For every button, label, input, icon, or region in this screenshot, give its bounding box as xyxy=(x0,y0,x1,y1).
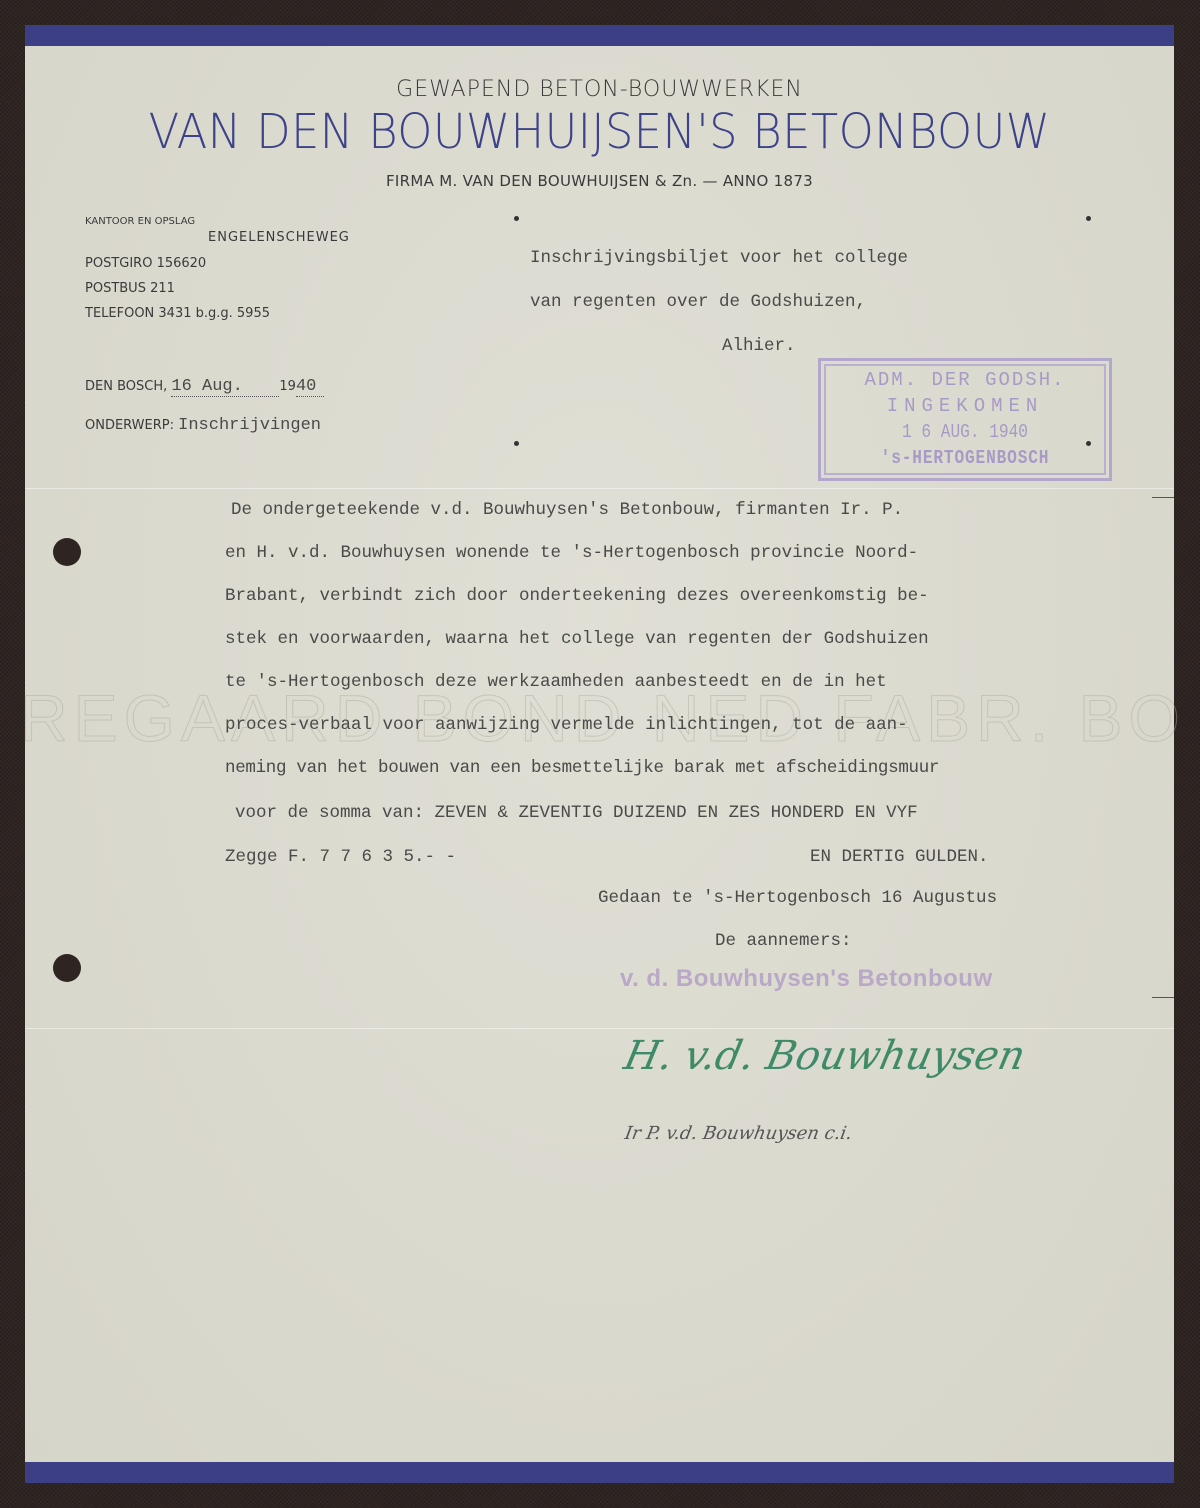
body-line: te 's-Hertogenbosch deze werkzaamheden a… xyxy=(225,672,887,692)
fold-tick xyxy=(1152,497,1174,498)
letter-page: REGAARD BOND NED FABR. BO GEWAPEND BETON… xyxy=(25,25,1174,1483)
address-marker xyxy=(514,216,519,221)
date-typed: 16 Aug. xyxy=(171,377,242,396)
signature-1: H. v.d. Bouwhuysen xyxy=(620,1033,1029,1079)
fold-line xyxy=(25,488,1174,489)
subject: Inschrijvingen xyxy=(178,416,321,435)
stamp-line: ADM. DER GODSH. xyxy=(821,367,1109,393)
bottom-blue-band xyxy=(25,1462,1174,1483)
company-stamp: v. d. Bouwhuysen's Betonbouw xyxy=(620,965,993,993)
zegge-amount: Zegge F. 7 7 6 3 5.- - xyxy=(225,847,456,867)
address-marker xyxy=(1086,216,1091,221)
amount-continued: EN DERTIG GULDEN. xyxy=(810,847,989,867)
postgiro: POSTGIRO 156620 xyxy=(85,256,206,271)
addressee-line-3: Alhier. xyxy=(722,336,796,356)
telefoon: TELEFOON 3431 b.g.g. 5955 xyxy=(85,306,270,321)
stamp-line: INGEKOMEN xyxy=(821,393,1109,419)
place-label: DEN BOSCH, xyxy=(85,379,167,394)
addressee-line-1: Inschrijvingsbiljet voor het college xyxy=(530,248,908,268)
letterhead-firm: FIRMA M. VAN DEN BOUWHUIJSEN & Zn. — ANN… xyxy=(25,172,1174,190)
body-line: Brabant, verbindt zich door onderteekeni… xyxy=(225,586,929,606)
signature-2: Ir P. v.d. Bouwhuysen c.i. xyxy=(623,1123,854,1144)
address-marker xyxy=(514,441,519,446)
received-stamp: ADM. DER GODSH. INGEKOMEN 1 6 AUG. 1940 … xyxy=(818,358,1112,481)
addressee-line-2: van regenten over de Godshuizen, xyxy=(530,292,866,312)
year-typed: 40 xyxy=(296,377,316,396)
body-line: voor de somma van: ZEVEN & ZEVENTIG DUIZ… xyxy=(235,803,918,823)
punch-hole xyxy=(53,954,81,982)
place-date-closing: Gedaan te 's-Hertogenbosch 16 Augustus xyxy=(598,888,997,908)
body-line: neming van het bouwen van een besmetteli… xyxy=(225,758,939,778)
fold-line xyxy=(25,1028,1174,1029)
fold-tick xyxy=(1152,997,1174,998)
date-line: DEN BOSCH, 16 Aug.1940 xyxy=(85,377,324,397)
office-label: KANTOOR EN OPSLAG xyxy=(85,216,195,227)
year-prefix: 19 xyxy=(279,379,296,394)
subject-label: ONDERWERP: xyxy=(85,418,174,433)
letterhead-subtitle: GEWAPEND BETON-BOUWWERKEN xyxy=(25,77,1174,102)
top-blue-band xyxy=(25,25,1174,46)
street: ENGELENSCHEWEG xyxy=(208,230,350,245)
stamp-line: 's-HERTOGENBOSCH xyxy=(843,445,1088,471)
signatories-label: De aannemers: xyxy=(715,931,852,951)
body-line: proces-verbaal voor aanwijzing vermelde … xyxy=(225,715,908,735)
stamp-date: 1 6 AUG. 1940 xyxy=(843,419,1088,445)
body-line: De ondergeteekende v.d. Bouwhuysen's Bet… xyxy=(231,500,903,520)
punch-hole xyxy=(53,538,81,566)
body-line: en H. v.d. Bouwhuysen wonende te 's-Hert… xyxy=(225,543,918,563)
letterhead-company: VAN DEN BOUWHUIJSEN'S BETONBOUW xyxy=(65,104,1134,160)
subject-line: ONDERWERP: Inschrijvingen xyxy=(85,416,321,435)
postbus: POSTBUS 211 xyxy=(85,281,175,296)
body-line: stek en voorwaarden, waarna het college … xyxy=(225,629,929,649)
